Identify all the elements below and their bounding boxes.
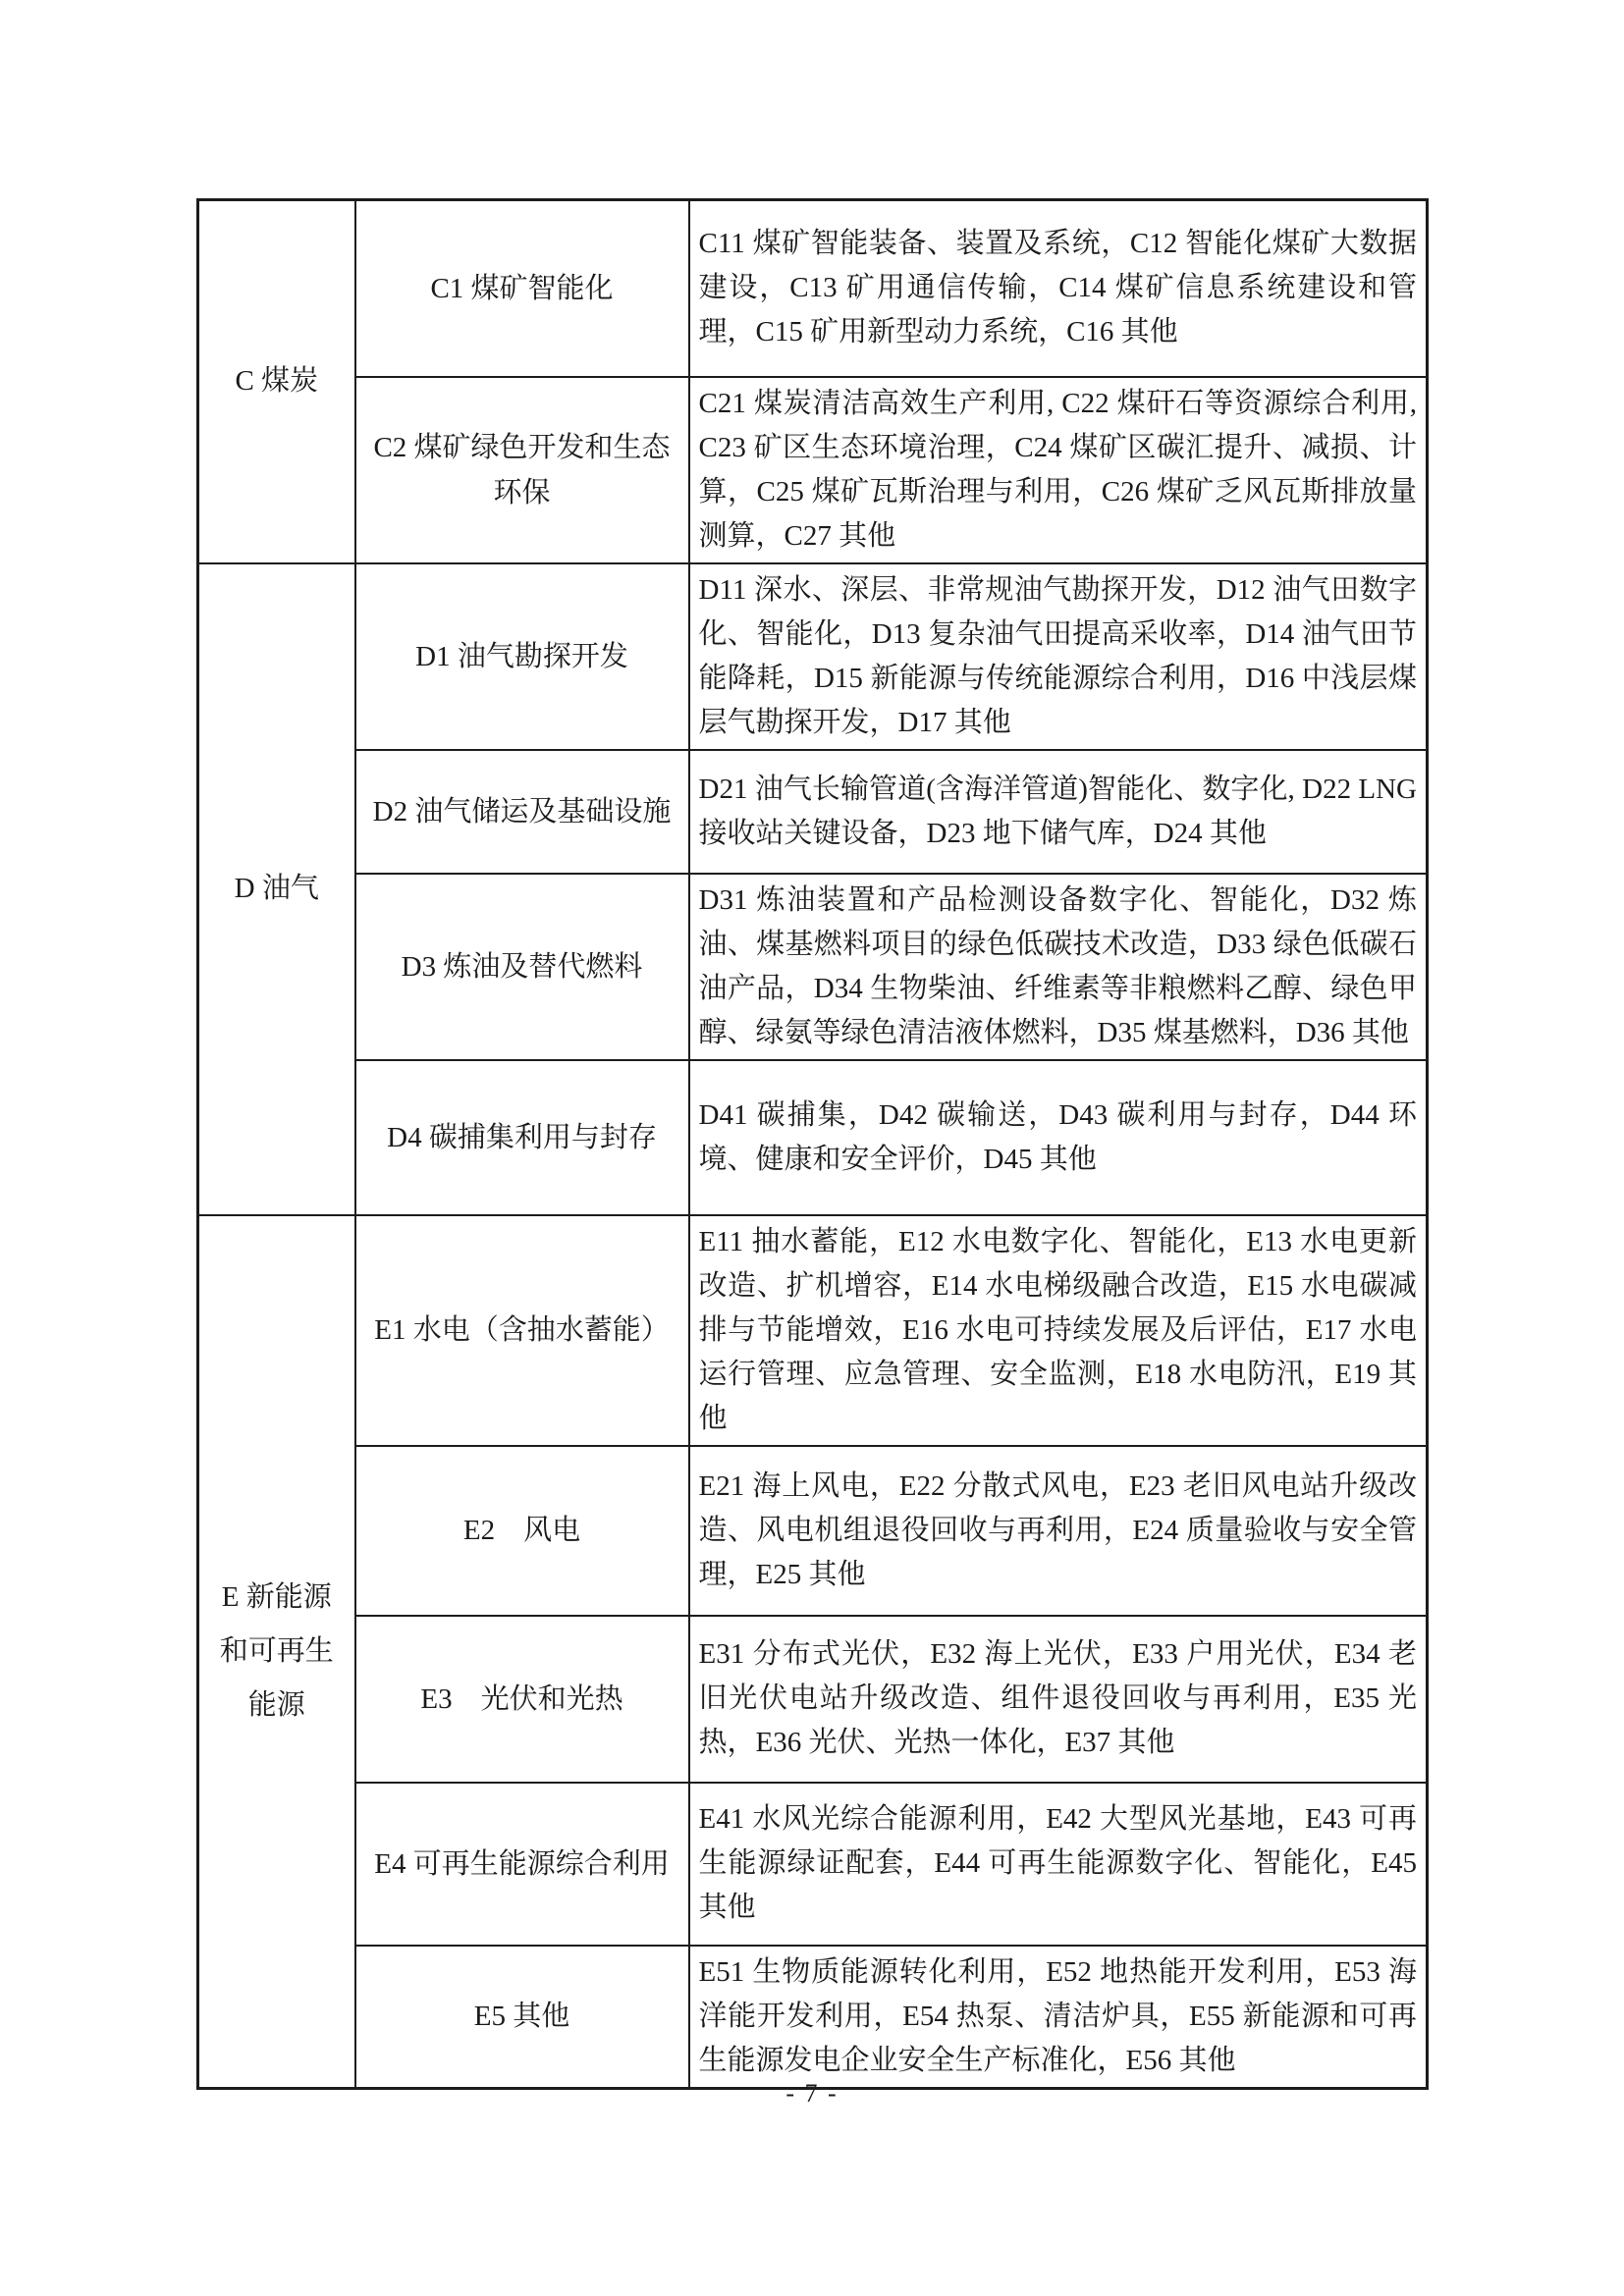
detail-cell: D41 碳捕集，D42 碳输送，D43 碳利用与封存，D44 环境、健康和安全评… — [689, 1060, 1428, 1215]
category-table-body: C 煤炭C1 煤矿智能化C11 煤矿智能装备、装置及系统，C12 智能化煤矿大数… — [198, 200, 1428, 2089]
category-cell: D 油气 — [198, 563, 355, 1215]
detail-cell: E21 海上风电，E22 分散式风电，E23 老旧风电站升级改造、风电机组退役回… — [689, 1446, 1428, 1616]
subcategory-cell: C2 煤矿绿色开发和生态环保 — [355, 377, 689, 563]
subcategory-cell: E2 风电 — [355, 1446, 689, 1616]
table-row: C 煤炭C1 煤矿智能化C11 煤矿智能装备、装置及系统，C12 智能化煤矿大数… — [198, 200, 1428, 377]
detail-cell: D31 炼油装置和产品检测设备数字化、智能化，D32 炼油、煤基燃料项目的绿色低… — [689, 874, 1428, 1060]
table-row: D4 碳捕集利用与封存D41 碳捕集，D42 碳输送，D43 碳利用与封存，D4… — [198, 1060, 1428, 1215]
table-row: E4 可再生能源综合利用E41 水风光综合能源利用，E42 大型风光基地，E43… — [198, 1783, 1428, 1946]
detail-cell: C11 煤矿智能装备、装置及系统，C12 智能化煤矿大数据建设，C13 矿用通信… — [689, 200, 1428, 377]
table-row: E 新能源和可再生能源E1 水电（含抽水蓄能）E11 抽水蓄能，E12 水电数字… — [198, 1215, 1428, 1446]
table-row: E5 其他E51 生物质能源转化利用，E52 地热能开发利用，E53 海洋能开发… — [198, 1946, 1428, 2089]
table-row: D3 炼油及替代燃料D31 炼油装置和产品检测设备数字化、智能化，D32 炼油、… — [198, 874, 1428, 1060]
detail-cell: D11 深水、深层、非常规油气勘探开发，D12 油气田数字化、智能化，D13 复… — [689, 563, 1428, 750]
subcategory-cell: E1 水电（含抽水蓄能） — [355, 1215, 689, 1446]
table-row: C2 煤矿绿色开发和生态环保C21 煤炭清洁高效生产利用, C22 煤矸石等资源… — [198, 377, 1428, 563]
category-cell: C 煤炭 — [198, 200, 355, 563]
detail-cell: E51 生物质能源转化利用，E52 地热能开发利用，E53 海洋能开发利用，E5… — [689, 1946, 1428, 2089]
detail-cell: E31 分布式光伏，E32 海上光伏，E33 户用光伏，E34 老旧光伏电站升级… — [689, 1616, 1428, 1783]
subcategory-cell: D1 油气勘探开发 — [355, 563, 689, 750]
subcategory-cell: D3 炼油及替代燃料 — [355, 874, 689, 1060]
page-number: - 7 - — [0, 2079, 1624, 2109]
category-cell: E 新能源和可再生能源 — [198, 1215, 355, 2089]
subcategory-cell: C1 煤矿智能化 — [355, 200, 689, 377]
table-row: D 油气D1 油气勘探开发D11 深水、深层、非常规油气勘探开发，D12 油气田… — [198, 563, 1428, 750]
table-row: D2 油气储运及基础设施D21 油气长输管道(含海洋管道)智能化、数字化, D2… — [198, 750, 1428, 874]
subcategory-cell: D2 油气储运及基础设施 — [355, 750, 689, 874]
subcategory-cell: E4 可再生能源综合利用 — [355, 1783, 689, 1946]
table-row: E3 光伏和光热E31 分布式光伏，E32 海上光伏，E33 户用光伏，E34 … — [198, 1616, 1428, 1783]
detail-cell: E11 抽水蓄能，E12 水电数字化、智能化，E13 水电更新改造、扩机增容，E… — [689, 1215, 1428, 1446]
subcategory-cell: E5 其他 — [355, 1946, 689, 2089]
document-page: C 煤炭C1 煤矿智能化C11 煤矿智能装备、装置及系统，C12 智能化煤矿大数… — [0, 0, 1624, 2296]
classification-table: C 煤炭C1 煤矿智能化C11 煤矿智能装备、装置及系统，C12 智能化煤矿大数… — [196, 198, 1429, 2090]
subcategory-cell: E3 光伏和光热 — [355, 1616, 689, 1783]
detail-cell: C21 煤炭清洁高效生产利用, C22 煤矸石等资源综合利用, C23 矿区生态… — [689, 377, 1428, 563]
subcategory-cell: D4 碳捕集利用与封存 — [355, 1060, 689, 1215]
table-row: E2 风电E21 海上风电，E22 分散式风电，E23 老旧风电站升级改造、风电… — [198, 1446, 1428, 1616]
detail-cell: E41 水风光综合能源利用，E42 大型风光基地，E43 可再生能源绿证配套，E… — [689, 1783, 1428, 1946]
detail-cell: D21 油气长输管道(含海洋管道)智能化、数字化, D22 LNG 接收站关键设… — [689, 750, 1428, 874]
